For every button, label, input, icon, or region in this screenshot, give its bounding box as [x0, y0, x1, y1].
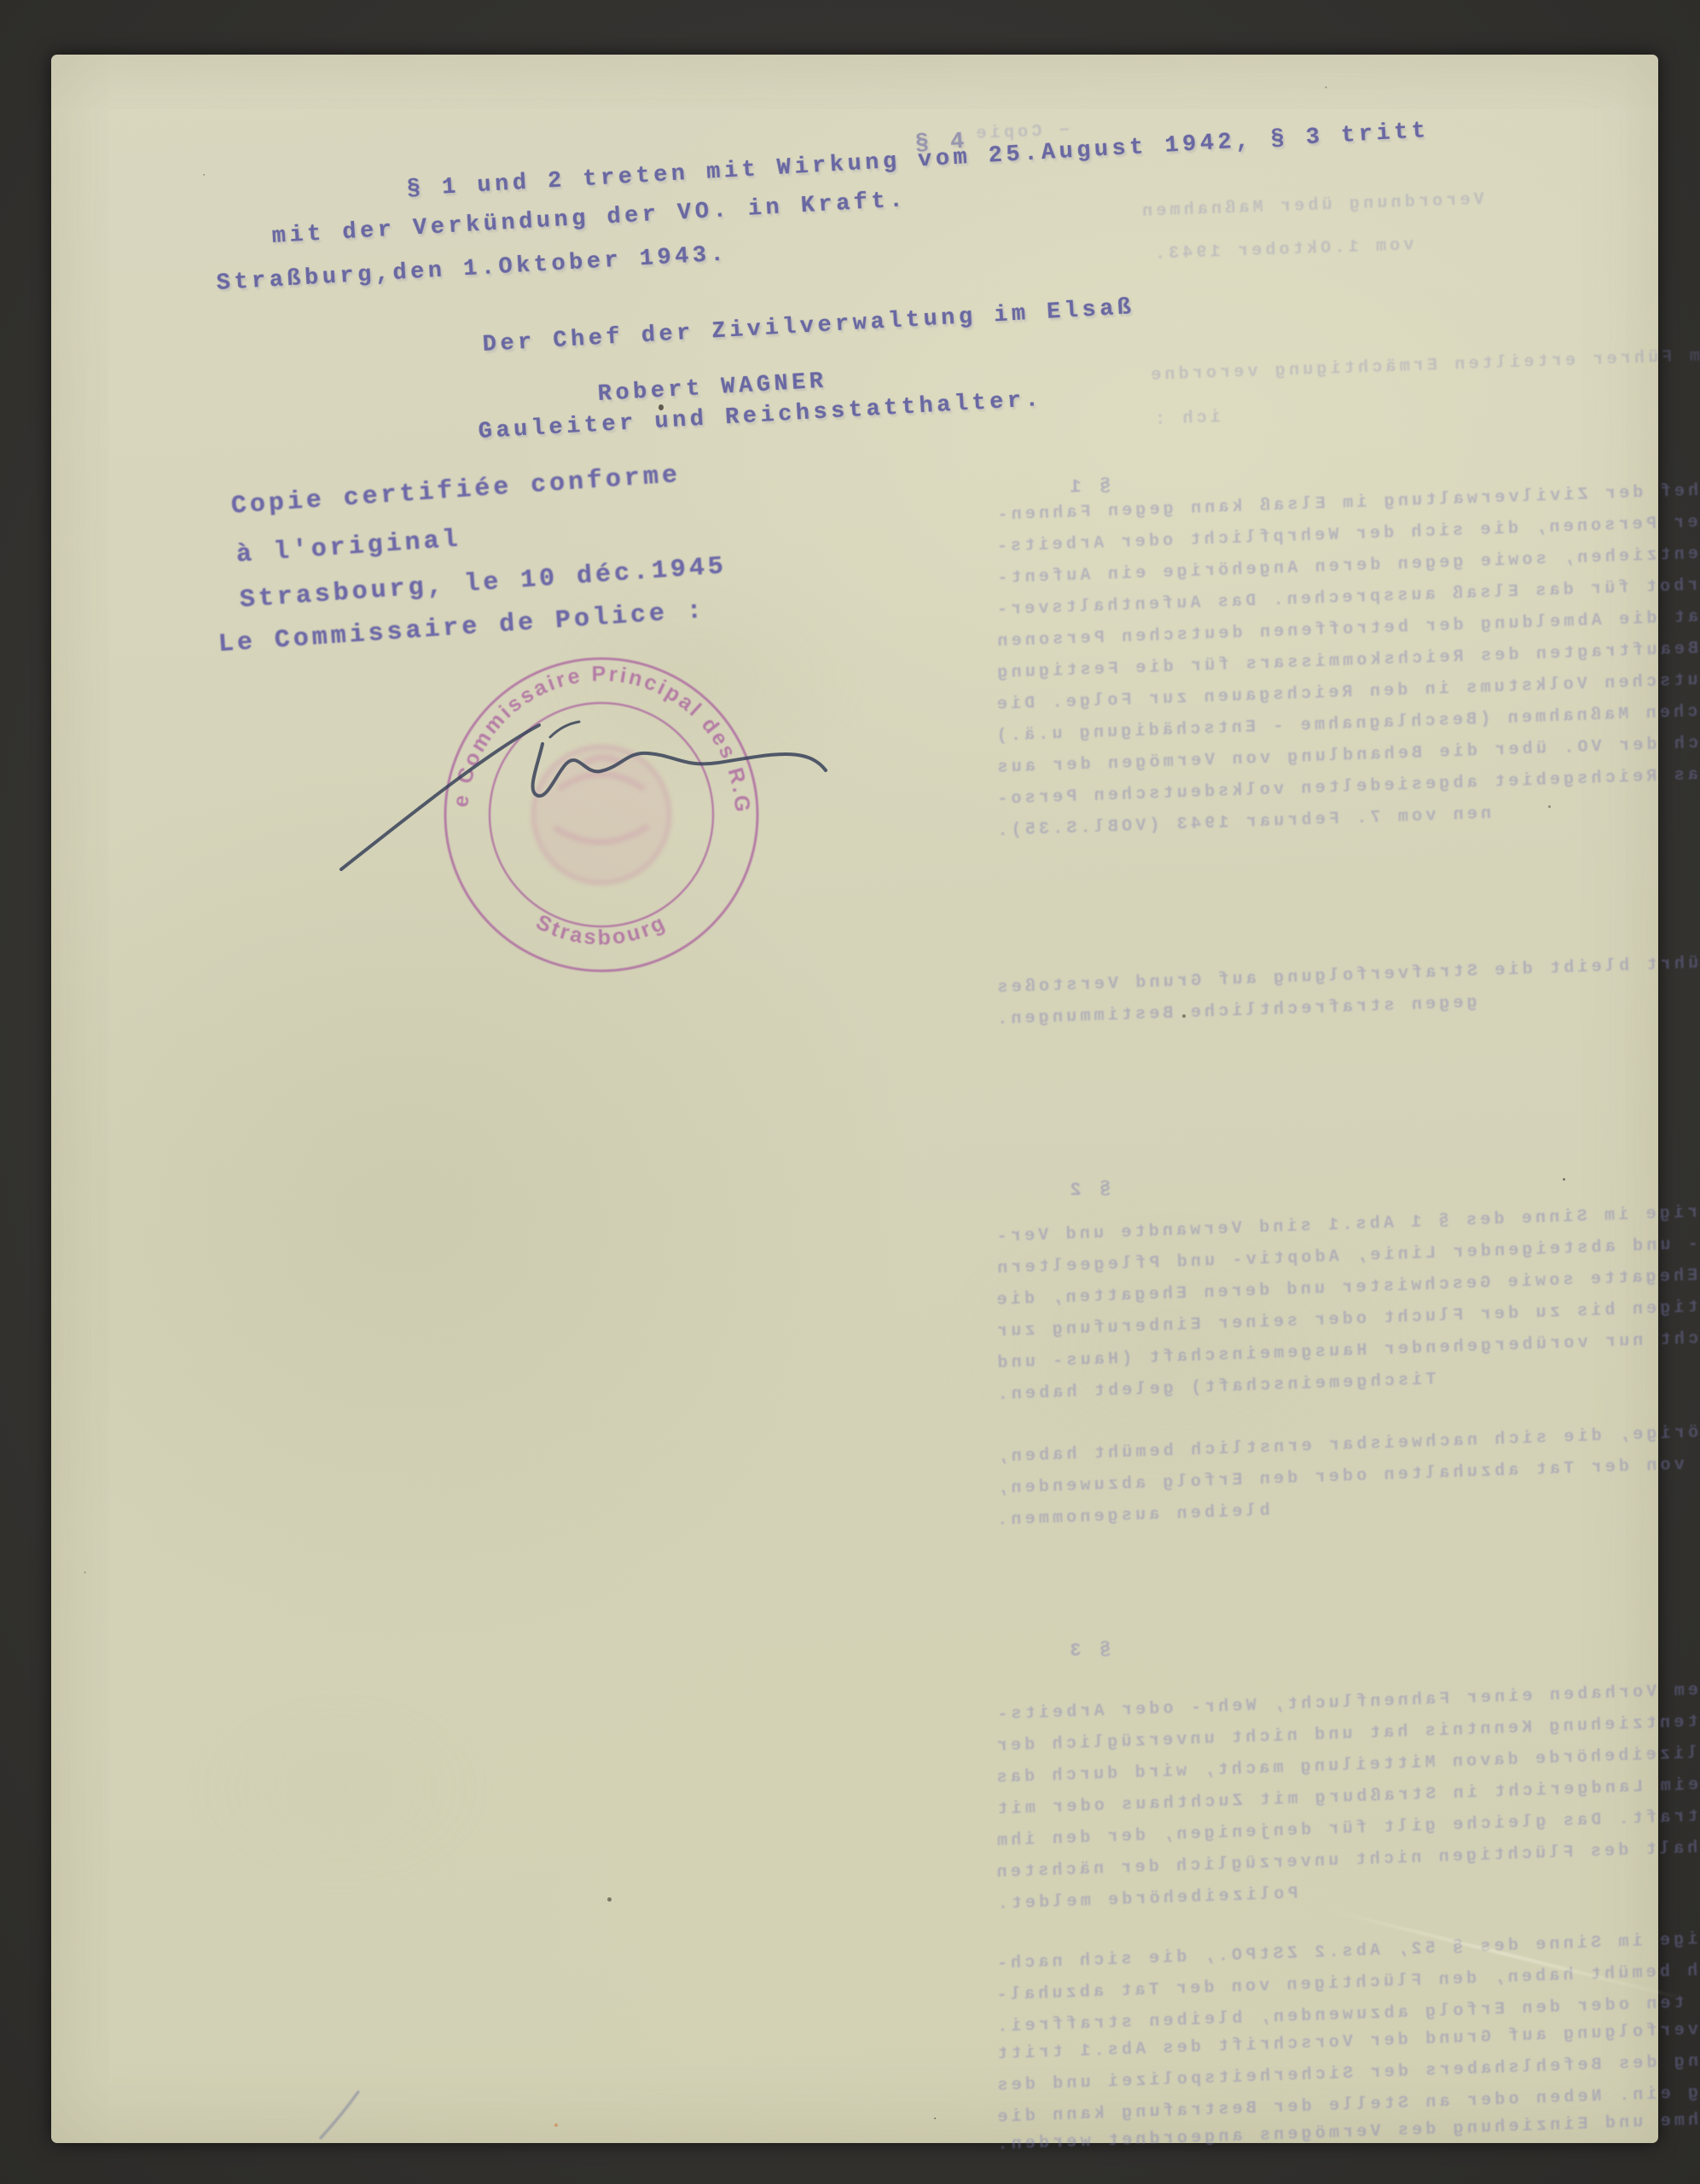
bleedthrough-heading: § 2	[1066, 1179, 1111, 1201]
bleedthrough-fragment: vom 1.Oktober 1943.	[1152, 236, 1414, 264]
pen-stroke-bleedthrough	[307, 2085, 409, 2145]
bleedthrough-fragment: ich :	[1152, 409, 1221, 430]
scanner-background: − Copie Verordnung über Maßnahmen vom 1.…	[0, 0, 1700, 2184]
paper-speck	[659, 404, 664, 410]
certification-line: à l'original	[235, 526, 462, 570]
bleedthrough-fragment: Verordnung über Maßnahmen	[1139, 191, 1485, 222]
bleedthrough-heading: § 3	[1066, 1640, 1111, 1662]
paper-speck	[1182, 1014, 1186, 1018]
paper-speck	[554, 2123, 558, 2127]
bleedthrough-line: Tischgemeinschaft) gelebt haben.	[994, 1371, 1436, 1405]
signatory-title: Der Chef der Zivilverwaltung im Elsaß	[482, 295, 1136, 359]
paper-speck	[607, 1897, 612, 1902]
bleedthrough-line: nen vom 7. Februar 1943 (VOBl.S.35).	[994, 805, 1492, 841]
certification-line: Copie certifiée conforme	[230, 462, 682, 521]
dateline: Straßburg,den 1.Oktober 1943.	[216, 241, 728, 298]
bleedthrough-line: gegen strafrechtliche Bestimmungen.	[994, 994, 1478, 1030]
bleedthrough-heading: § 1	[1066, 476, 1111, 498]
typed-line: mit der Verkündung der VO. in Kraft.	[271, 188, 908, 251]
bleedthrough-line: bleiben ausgenommen.	[994, 1502, 1271, 1531]
document-page: − Copie Verordnung über Maßnahmen vom 1.…	[51, 55, 1658, 2143]
bleedthrough-fragment: Auf Grund der mir vom Führer erteilten E…	[1147, 338, 1700, 386]
paper-speck	[1548, 805, 1551, 808]
signature	[307, 652, 955, 925]
bleedthrough-line: (2) Unberührt bleibt die Strafverfolgung…	[994, 948, 1700, 998]
bleedthrough-line: Polizeibehörde meldet.	[994, 1885, 1298, 1914]
